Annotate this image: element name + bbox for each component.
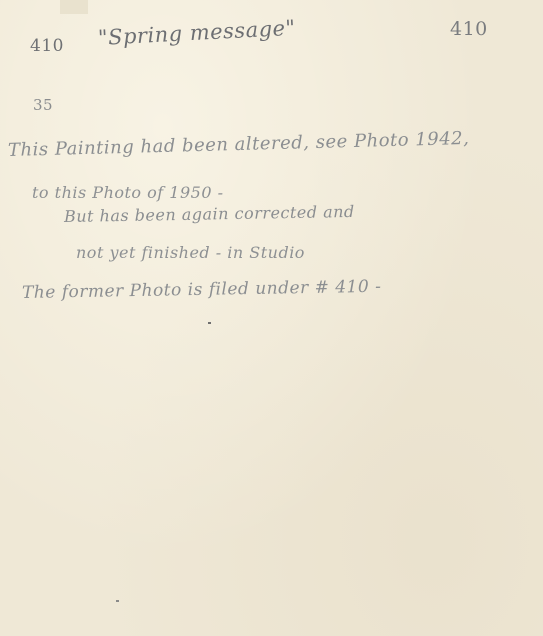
note-line-4: not yet finished - in Studio (76, 243, 305, 262)
note-line-5: The former Photo is filed under # 410 - (22, 277, 382, 303)
catalog-number-left: 410 (30, 36, 64, 56)
pencil-dot (208, 322, 211, 324)
tape-mark (60, 0, 88, 14)
paper-speck (116, 600, 119, 602)
note-line-1: This Painting had been altered, see Phot… (8, 128, 470, 161)
note-line-2: to this Photo of 1950 - (32, 183, 224, 202)
document-page: 410 "Spring message" 410 35 This Paintin… (0, 0, 543, 636)
artwork-title: "Spring message" (97, 16, 296, 50)
note-line-3: But has been again corrected and (64, 202, 355, 226)
sub-number: 35 (33, 96, 53, 114)
catalog-number-right: 410 (450, 18, 488, 40)
